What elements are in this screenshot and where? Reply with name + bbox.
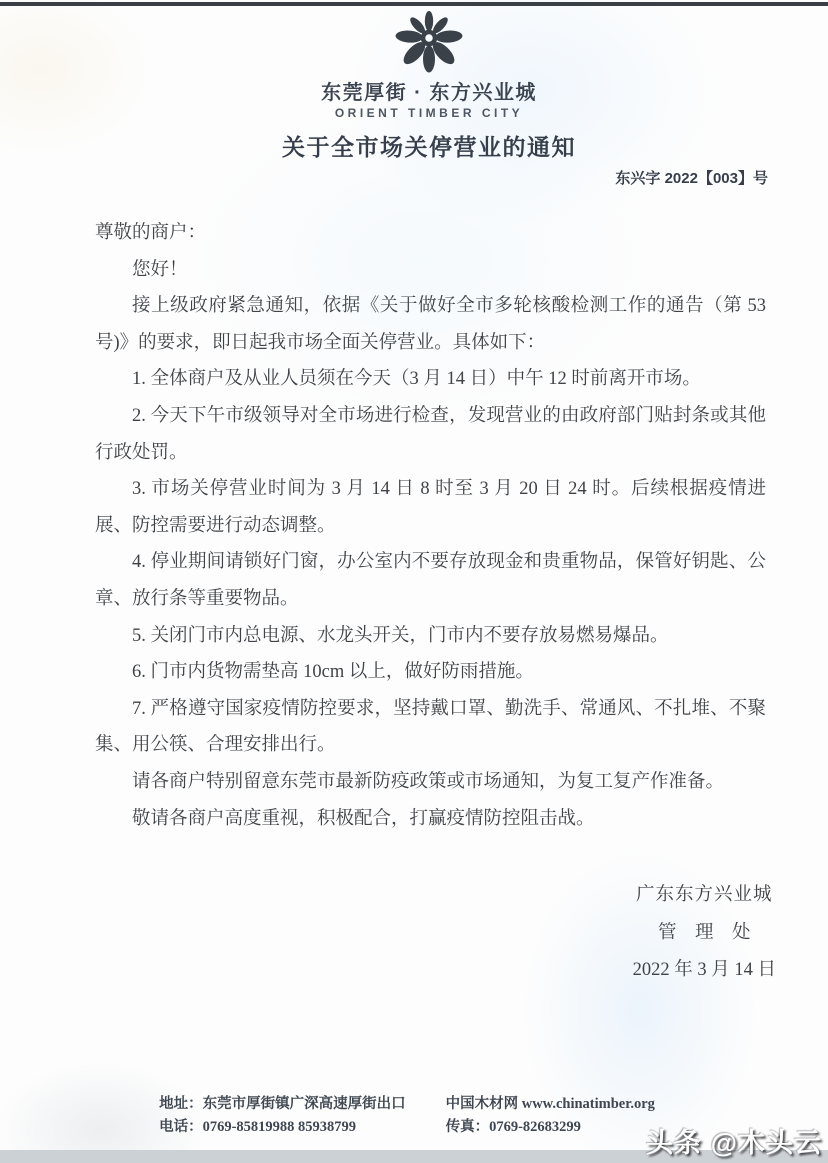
footer-address: 地址：东莞市厚街镇广深高速厚街出口 [159,1093,406,1116]
flower-logo-icon [367,10,491,74]
footer-phone: 电话：0769-85819988 85938799 [159,1116,406,1139]
notice-item-1: 1. 全体商户及从业人员须在今天（3 月 14 日）中午 12 时前离开市场。 [95,361,766,398]
notice-item-7: 7. 严格遵守国家疫情防控要求，坚持戴口罩、勤洗手、常通风、不扎堆、不聚集、用公… [95,691,766,764]
notice-item-3: 3. 市场关停营业时间为 3 月 14 日 8 时至 3 月 20 日 24 时… [95,471,766,544]
notice-item-6: 6. 门市内货物需垫高 10cm 以上，做好防雨措施。 [95,654,766,691]
notice-body: 尊敬的商户： 您好！ 接上级政府紧急通知，依据《关于做好全市多轮核酸检测工作的通… [95,215,766,837]
brand-name-cn: 东莞厚街 · 东方兴业城 [30,76,828,105]
footer-fax: 传真：0769-82683299 [446,1116,655,1139]
notice-item-4: 4. 停业期间请锁好门窗，办公室内不要存放现金和贵重物品，保管好钥匙、公章、放行… [95,544,766,617]
closing-remark-2: 敬请各商户高度重视，积极配合，打赢疫情防控阻击战。 [95,801,766,838]
notice-item-5: 5. 关闭门市内总电源、水龙头开关，门市内不要存放易燃易爆品。 [95,618,766,655]
closing-remark-1: 请各商户特别留意东莞市最新防疫政策或市场通知，为复工复产作准备。 [95,764,766,801]
brand-name-en: ORIENT TIMBER CITY [30,106,828,120]
signature-department: 管 理 处 [633,915,776,953]
salutation: 尊敬的商户： [95,215,766,252]
notice-item-2: 2. 今天下午市级领导对全市场进行检查，发现营业的由政府部门贴封条或其他行政处罚… [95,398,766,471]
signature-block: 广东东方兴业城 管 理 处 2022 年 3 月 14 日 [633,877,776,990]
footer-website: 中国木材网 www.chinatimber.org [446,1093,655,1116]
toutiao-watermark: 头条 @木头云 [646,1121,822,1160]
letterhead: 东莞厚街 · 东方兴业城 ORIENT TIMBER CITY 关于全市场关停营… [0,0,828,162]
scan-top-edge [0,2,828,6]
footer-contact-column: 地址：东莞市厚街镇广深高速厚街出口 电话：0769-85819988 85938… [159,1093,406,1139]
notice-title: 关于全市场关停营业的通知 [30,129,828,162]
signature-date: 2022 年 3 月 14 日 [633,952,776,990]
footer-web-column: 中国木材网 www.chinatimber.org 传真：0769-826832… [446,1093,655,1139]
greeting: 您好！ [95,252,766,289]
document-number: 东兴字 2022【003】号 [0,167,828,188]
signature-organization: 广东东方兴业城 [633,877,776,915]
notice-document-page: 东莞厚街 · 东方兴业城 ORIENT TIMBER CITY 关于全市场关停营… [0,0,828,1163]
intro-paragraph: 接上级政府紧急通知，依据《关于做好全市多轮核酸检测工作的通告（第 53 号)》的… [95,288,766,361]
